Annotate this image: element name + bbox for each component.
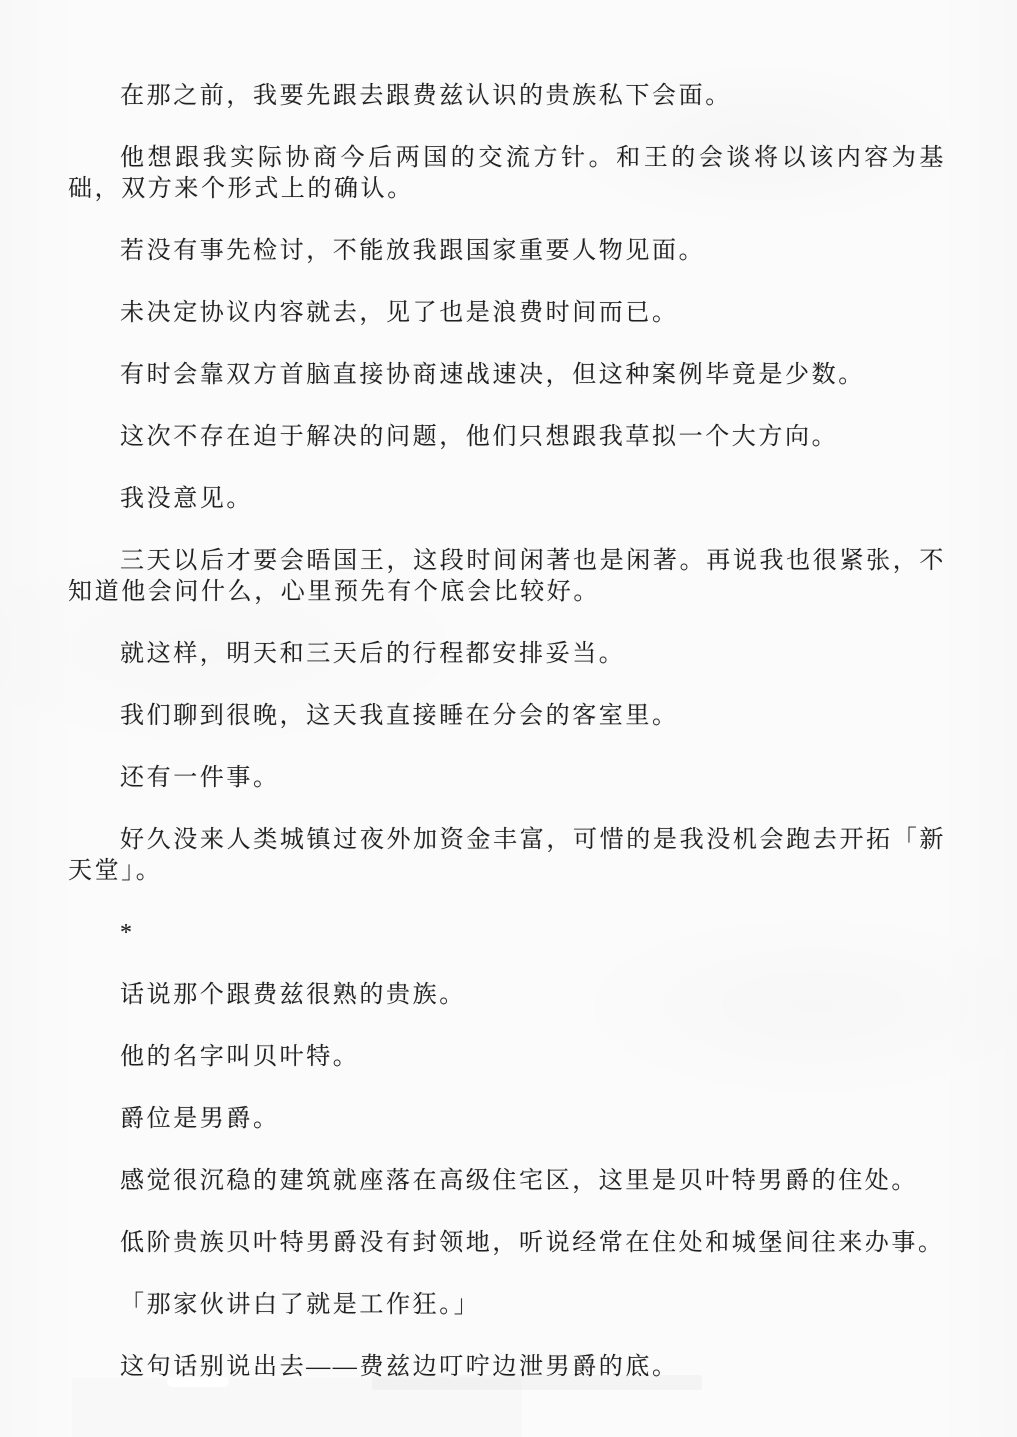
- paragraph: 三天以后才要会晤国王，这段时间闲著也是闲著。再说我也很紧张，不知道他会问什么，心…: [68, 546, 946, 608]
- paragraph: 还有一件事。: [68, 763, 946, 794]
- paragraph: 这句话别说出去——费兹边叮咛边泄男爵的底。: [68, 1352, 946, 1383]
- text-content: 在那之前，我要先跟去跟费兹认识的贵族私下会面。他想跟我实际协商今后两国的交流方针…: [68, 81, 946, 1383]
- paragraph: 他的名字叫贝叶特。: [68, 1042, 946, 1073]
- paragraph: 他想跟我实际协商今后两国的交流方针。和王的会谈将以该内容为基础，双方来个形式上的…: [68, 143, 946, 205]
- paragraph: 在那之前，我要先跟去跟费兹认识的贵族私下会面。: [68, 81, 946, 112]
- ebook-page: 在那之前，我要先跟去跟费兹认识的贵族私下会面。他想跟我实际协商今后两国的交流方针…: [0, 0, 1017, 1437]
- paragraph: 我们聊到很晚，这天我直接睡在分会的客室里。: [68, 701, 946, 732]
- paragraph: 感觉很沉稳的建筑就座落在高级住宅区，这里是贝叶特男爵的住处。: [68, 1166, 946, 1197]
- section-divider: *: [68, 918, 946, 949]
- paragraph: 就这样，明天和三天后的行程都安排妥当。: [68, 639, 946, 670]
- paragraph: 有时会靠双方首脑直接协商速战速决，但这种案例毕竟是少数。: [68, 360, 946, 391]
- paragraph: 低阶贵族贝叶特男爵没有封领地，听说经常在住处和城堡间往来办事。: [68, 1228, 946, 1259]
- paragraph: 未决定协议内容就去，见了也是浪费时间而已。: [68, 298, 946, 329]
- paragraph: 话说那个跟费兹很熟的贵族。: [68, 980, 946, 1011]
- paragraph: 好久没来人类城镇过夜外加资金丰富，可惜的是我没机会跑去开拓「新天堂」。: [68, 825, 946, 887]
- paragraph: 若没有事先检讨，不能放我跟国家重要人物见面。: [68, 236, 946, 267]
- paragraph: 这次不存在迫于解决的问题，他们只想跟我草拟一个大方向。: [68, 422, 946, 453]
- paragraph: 我没意见。: [68, 484, 946, 515]
- paragraph: 「那家伙讲白了就是工作狂。」: [68, 1290, 946, 1321]
- paragraph: 爵位是男爵。: [68, 1104, 946, 1135]
